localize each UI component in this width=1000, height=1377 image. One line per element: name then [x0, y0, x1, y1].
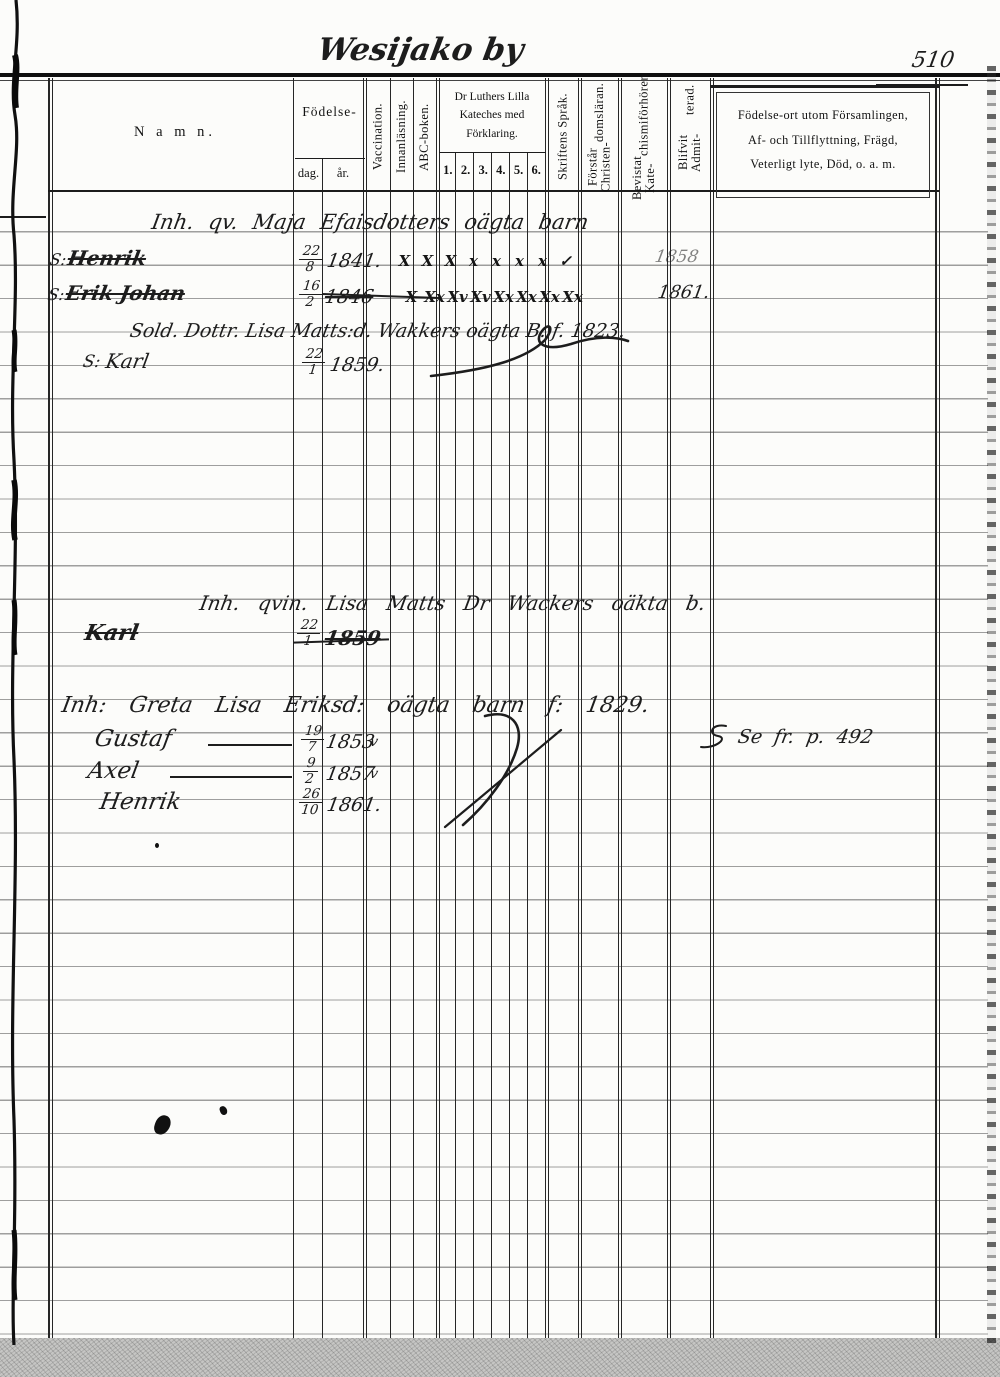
birth-day-erik: 16 2 [297, 279, 323, 310]
household-heading-maja: Inh. qv. Maja Efaisdotters oägta barn [150, 210, 591, 234]
birth-year-erik: 1846 [323, 286, 375, 308]
column-header-abc-boken: ABC-boken. [413, 84, 436, 190]
scan-right-edge [987, 66, 996, 1344]
vaccination-mark-gustaf: v [369, 734, 380, 750]
column-header-namn: N a m n. [60, 124, 290, 141]
binding-edge-mark [0, 0, 42, 1345]
skriftens-label: Skriftens Språk. [557, 94, 570, 181]
column-header-ar: år. [322, 166, 364, 181]
mark: Xx [492, 288, 515, 306]
mark: Xv [446, 288, 469, 306]
bevistat-line1: Bevistat Kate- [631, 156, 657, 200]
birth-month: 10 [297, 803, 322, 818]
forstar-line2: domsläran. [593, 82, 606, 141]
mark: Xx [538, 288, 561, 306]
kateches-col-3: 3. [474, 163, 492, 178]
birth-month: 2 [301, 772, 317, 787]
abc-boken-label: ABC-boken. [418, 103, 431, 171]
entry-name-henrik2: Henrik [98, 789, 183, 815]
column-header-blifvit-admitterad: Blifvit Admit- terad. [670, 84, 710, 190]
mark: Xx [561, 288, 584, 306]
kateches-col-5: 5. [510, 163, 528, 178]
table-top-border [0, 73, 1000, 77]
kateches-subcolumn-numbers: 1. 2. 3. 4. 5. 6. [439, 163, 545, 178]
column-header-remarks: Födelse-ort utom Församlingen, Af- och T… [717, 103, 929, 177]
column-header-kateches: Dr Luthers Lilla Kateches med Förklaring… [438, 88, 546, 143]
page-title: Wesijako by [315, 32, 527, 68]
name-dash-axel [170, 776, 292, 778]
column-line [667, 78, 668, 1340]
entry-prefix: S: [48, 250, 68, 269]
column-header-remarks-box: Födelse-ort utom Församlingen, Af- och T… [716, 92, 930, 198]
column-header-vaccination: Vaccination. [366, 84, 390, 190]
name-dash-gustaf [208, 744, 292, 746]
blifvit-line1: Blifvit Admit- [677, 115, 703, 190]
mark: Xv [469, 288, 492, 306]
remarks-line3: Veterligt lyte, Död, o. a. m. [717, 152, 929, 177]
birth-day: 19 [301, 724, 326, 740]
column-line [713, 78, 714, 1340]
ink-dot [155, 843, 159, 848]
kateches-line2: Kateches med [438, 106, 546, 124]
vaccination-mark-axel: v [369, 766, 380, 782]
remarks-line1: Födelse-ort utom Församlingen, [717, 103, 929, 128]
scan-bottom-edge [0, 1338, 1000, 1377]
moved-from-page-annotation: Se fr. p. 492 [736, 726, 875, 748]
column-line [710, 78, 711, 1340]
entry-name-karl-struck: Karl [83, 620, 141, 646]
page-number: 510 [910, 48, 956, 73]
birth-day: 16 [299, 279, 324, 295]
column-line [670, 78, 671, 1340]
blifvit-line2: terad. [684, 84, 697, 115]
entry-name-gustaf: Gustaf [93, 726, 174, 752]
admitted-year-henrik: 1858 [653, 247, 700, 267]
mark: X [400, 288, 423, 306]
mark: X [416, 252, 439, 270]
birth-day: 22 [297, 618, 322, 634]
mark: x [462, 252, 485, 270]
entry-prefix: S: [81, 352, 102, 372]
table-top-border-inner [0, 80, 1000, 81]
vaccination-label: Vaccination. [372, 104, 385, 171]
kateches-col-4: 4. [492, 163, 510, 178]
birth-year-henrik: 1841. [325, 250, 383, 272]
column-header-skriftens-sprak: Skriftens Språk. [548, 84, 578, 190]
birth-day: 22 [302, 347, 327, 363]
mark: x [531, 252, 554, 270]
scanned-church-record-page: Wesijako by 510 N a m n. Födelse- dag. å… [0, 0, 1000, 1377]
birth-day: 22 [299, 244, 324, 260]
mark: Xx [423, 288, 446, 306]
checkmark-flourish-karl1 [425, 318, 635, 382]
mark: ✓ [554, 252, 577, 270]
birth-year-karl1: 1859. [328, 354, 386, 376]
household-heading-lisa-wackers: Inh. qvin. Lisa Matts Dr Wackers oäkta b… [198, 591, 708, 615]
column-header-fodelse: Födelse- [295, 104, 364, 120]
column-header-innanlasning: Innanläsning. [390, 84, 413, 190]
birth-day-axel: 9 2 [301, 756, 319, 787]
entry-name-karl: Karl [104, 349, 151, 373]
examination-marks-henrik: XXXxxxx✓ [393, 252, 577, 270]
kateches-col-1: 1. [439, 163, 457, 178]
admitted-year-erik: 1861. [656, 282, 711, 303]
birth-month: 7 [299, 740, 324, 755]
kateches-col-6: 6. [527, 163, 545, 178]
birth-month: 2 [297, 295, 322, 310]
bracket-flourish-greta-children [425, 712, 575, 832]
kateches-line1: Dr Luthers Lilla [438, 88, 546, 106]
column-header-forstar-christendomslaran: Förstår Christen- domsläran. [581, 84, 618, 190]
birth-month: 1 [300, 363, 325, 378]
birth-day-karl1: 22 1 [300, 347, 326, 378]
column-line [935, 78, 937, 1347]
mark: Xx [515, 288, 538, 306]
column-header-bevistat-katechismforhoren: Bevistat Kate- chismiförhören [621, 84, 667, 190]
birth-day: 9 [303, 756, 319, 772]
ink-blot [152, 1113, 172, 1137]
bevistat-line2: chismiförhören [638, 74, 651, 156]
kateches-col-2: 2. [457, 163, 475, 178]
entry-name-axel: Axel [86, 758, 141, 784]
ink-speck [219, 1105, 229, 1116]
kateches-line3: Förklaring. [438, 125, 546, 143]
mark: X [393, 252, 416, 270]
kateches-subdivider [439, 152, 546, 153]
birth-day-gustaf: 19 7 [299, 724, 325, 755]
entry-prefix: S: [46, 285, 66, 304]
remarks-line2: Af- och Tillflyttning, Frägd, [717, 128, 929, 153]
innanlasning-label: Innanläsning. [395, 101, 408, 174]
annotation-flourish [694, 722, 736, 754]
examination-marks-erik: XXxXvXvXxXxXxXx [400, 288, 584, 306]
mark: x [508, 252, 531, 270]
mark: x [485, 252, 508, 270]
entry-name-erik-johan: Erik Johan [64, 281, 187, 305]
column-header-dag: dag. [295, 166, 322, 181]
birth-month: 8 [297, 260, 322, 275]
birth-day-henrik: 22 8 [297, 244, 323, 275]
entry-name-henrik: Henrik [66, 246, 148, 270]
column-line [939, 78, 940, 1347]
birth-day: 26 [299, 787, 324, 803]
birth-year-henrik2: 1861. [325, 794, 383, 816]
birth-day-karl2: 22 1 [295, 618, 321, 649]
mark: X [439, 252, 462, 270]
forstar-line1: Förstår Christen- [587, 142, 613, 192]
remarks-top-heavy-line [710, 85, 940, 88]
birth-day-henrik2: 26 10 [297, 787, 323, 818]
fodelse-subdivider [295, 158, 365, 159]
